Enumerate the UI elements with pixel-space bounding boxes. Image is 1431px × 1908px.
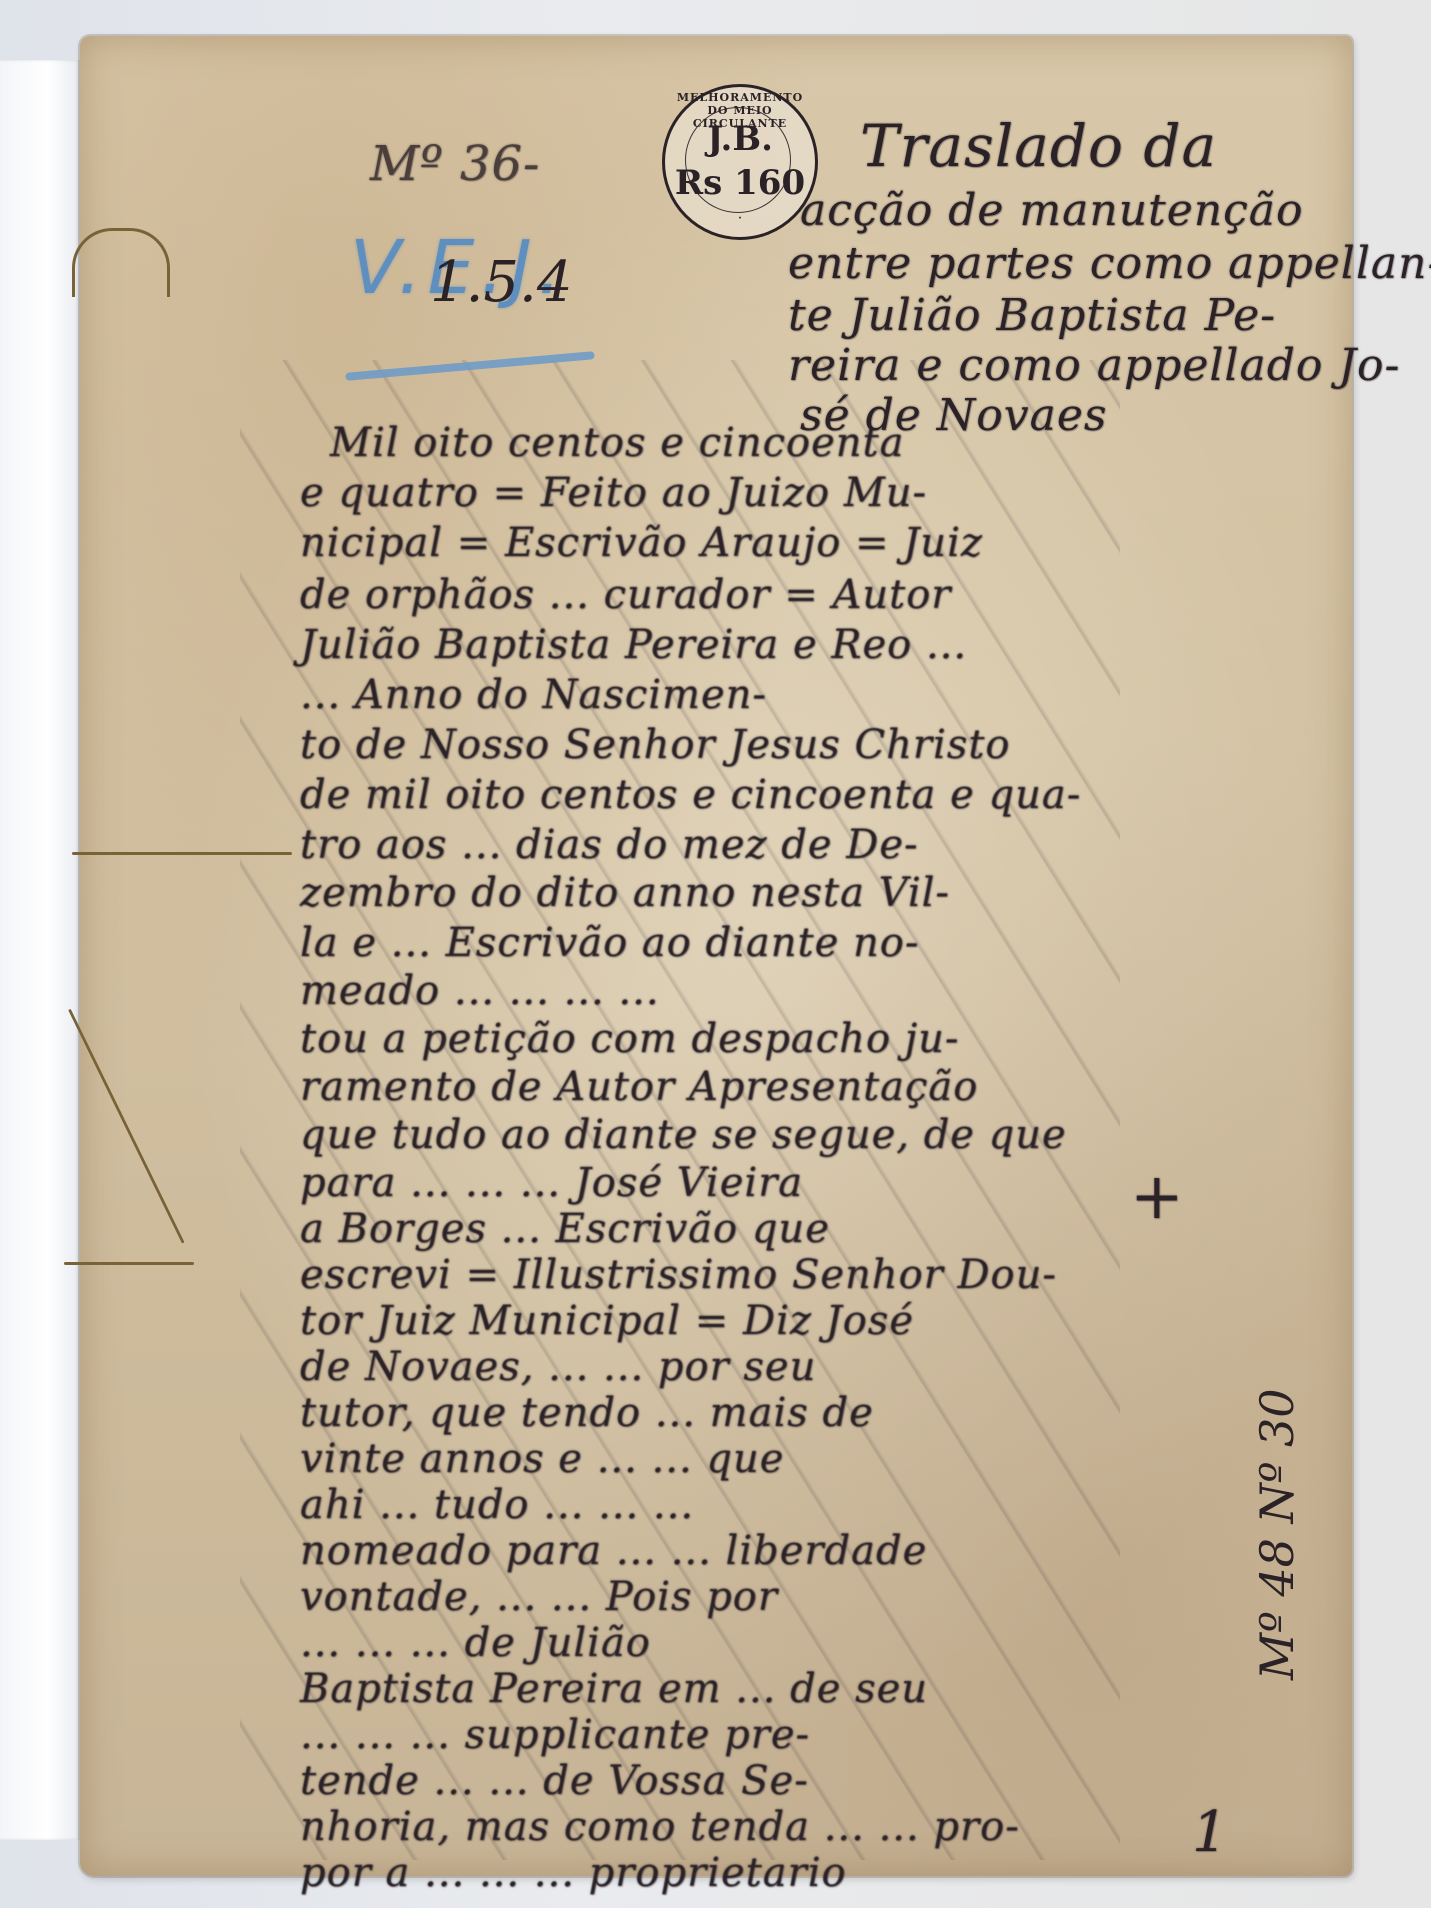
- title-line: acção de manutenção: [800, 185, 1303, 236]
- body-line: ... ... ... de Julião: [300, 1620, 651, 1666]
- folio-mark: 1: [1192, 1800, 1229, 1865]
- body-line: Baptista Pereira em ... de seu: [300, 1666, 928, 1712]
- body-line: ... Anno do Nascimen-: [300, 672, 767, 718]
- body-line: de mil oito centos e cincoenta e qua-: [300, 772, 1081, 818]
- body-line: Julião Baptista Pereira e Reo ...: [300, 622, 967, 668]
- body-line: tutor, que tendo ... mais de: [300, 1390, 874, 1436]
- body-line: nicipal = Escrivão Araujo = Juiz: [300, 520, 983, 566]
- body-line: meado ... ... ... ...: [300, 968, 660, 1014]
- body-line: por a ... ... ... proprietario: [300, 1850, 847, 1896]
- body-line: a Borges ... Escrivão que: [300, 1206, 830, 1252]
- body-line: tro aos ... dias do mez de De-: [300, 822, 919, 868]
- stamp-ornament: ·: [665, 213, 815, 224]
- body-line: escrevi = Illustrissimo Senhor Dou-: [300, 1252, 1057, 1298]
- body-line: de orphãos ... curador = Autor: [300, 572, 951, 618]
- binding-string-middle: [72, 852, 292, 855]
- body-line: vinte annos e ... ... que: [300, 1436, 784, 1482]
- ink-overmark: 1.5.4: [430, 250, 573, 315]
- title-line: reira e como appellado Jo-: [788, 340, 1400, 391]
- body-line: e quatro = Feito ao Juizo Mu-: [300, 470, 927, 516]
- body-line: que tudo ao diante se segue, de que: [300, 1112, 1067, 1158]
- title-line: entre partes como appellan-: [788, 238, 1431, 289]
- top-left-note: Mº 36-: [370, 136, 540, 192]
- body-line: tor Juiz Municipal = Diz José: [300, 1298, 914, 1344]
- body-line: la e ... Escrivão ao diante no-: [300, 920, 919, 966]
- body-line: nomeado para ... ... liberdade: [300, 1528, 927, 1574]
- body-line: ahi ... tudo ... ... ...: [300, 1482, 694, 1528]
- stamp-initials: J.B.: [665, 119, 815, 159]
- margin-cross-mark: +: [1130, 1160, 1185, 1234]
- right-margin-vertical-note: Mº 48 Nº 30: [1250, 1388, 1304, 1680]
- title-line: te Julião Baptista Pe-: [788, 290, 1276, 341]
- body-line: Mil oito centos e cincoenta: [330, 420, 904, 466]
- body-line: nhoria, mas como tenda ... ... pro-: [300, 1804, 1020, 1850]
- body-line: vontade, ... ... Pois por: [300, 1574, 778, 1620]
- binding-string-lower: [64, 1262, 194, 1265]
- archive-folder-backing: [0, 60, 80, 1840]
- body-line: tou a petição com despacho ju-: [300, 1016, 959, 1062]
- body-line: tende ... ... de Vossa Se-: [300, 1758, 809, 1804]
- document-heading: Traslado da: [860, 112, 1217, 180]
- stamp-value: Rs 160: [665, 163, 815, 203]
- body-line: zembro do dito anno nesta Vil-: [300, 870, 950, 916]
- revenue-stamp: MELHORAMENTO DO MEIO CIRCULANTE J.B. Rs …: [662, 84, 818, 240]
- body-line: ... ... ... supplicante pre-: [300, 1712, 810, 1758]
- body-line: de Novaes, ... ... por seu: [300, 1344, 816, 1390]
- binding-string-top: [72, 228, 170, 297]
- body-line: ramento de Autor Apresentação: [300, 1064, 978, 1110]
- body-line: para ... ... ... José Vieira: [300, 1160, 803, 1206]
- body-line: to de Nosso Senhor Jesus Christo: [300, 722, 1011, 768]
